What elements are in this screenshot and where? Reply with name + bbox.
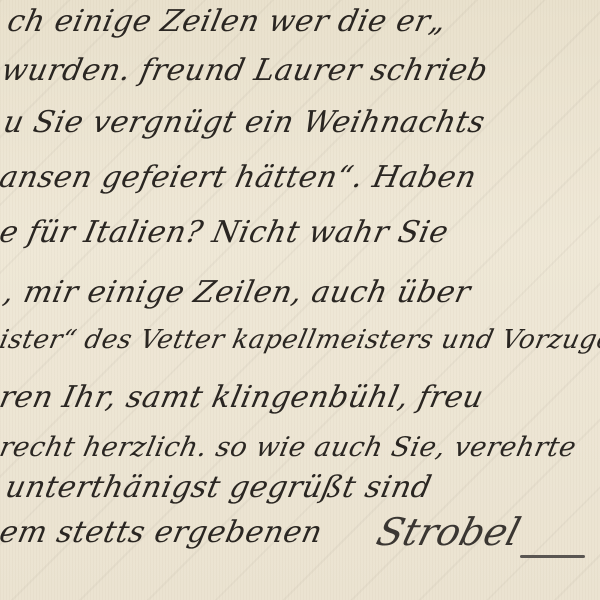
text-line-7: ister“ des Vetter kapellmeisters und Vor…	[0, 325, 600, 355]
text-line-5: e für Italien? Nicht wahr Sie	[0, 215, 452, 250]
letter-page: ch einige Zeilen wer die er„ wurden. fre…	[0, 0, 600, 600]
signature: Strobel	[372, 510, 525, 554]
text-line-10: unterthänigst gegrüßt sind	[2, 470, 435, 505]
text-line-9: recht herzlich. so wie auch Sie, verehrt…	[0, 432, 579, 463]
text-line-4: ansen gefeiert hätten“. Haben	[0, 160, 480, 195]
text-line-6: , mir einige Zeilen, auch über	[0, 275, 474, 310]
text-line-11: em stetts ergebenen	[0, 515, 326, 550]
text-line-3: u Sie vergnügt ein Weihnachts	[0, 105, 488, 140]
signature-flourish	[520, 555, 585, 558]
text-line-1: ch einige Zeilen wer die er„	[4, 4, 449, 39]
text-line-2: wurden. freund Laurer schrieb	[0, 53, 491, 88]
text-line-8: ren Ihr, samt klingenbühl, freu	[0, 380, 487, 415]
